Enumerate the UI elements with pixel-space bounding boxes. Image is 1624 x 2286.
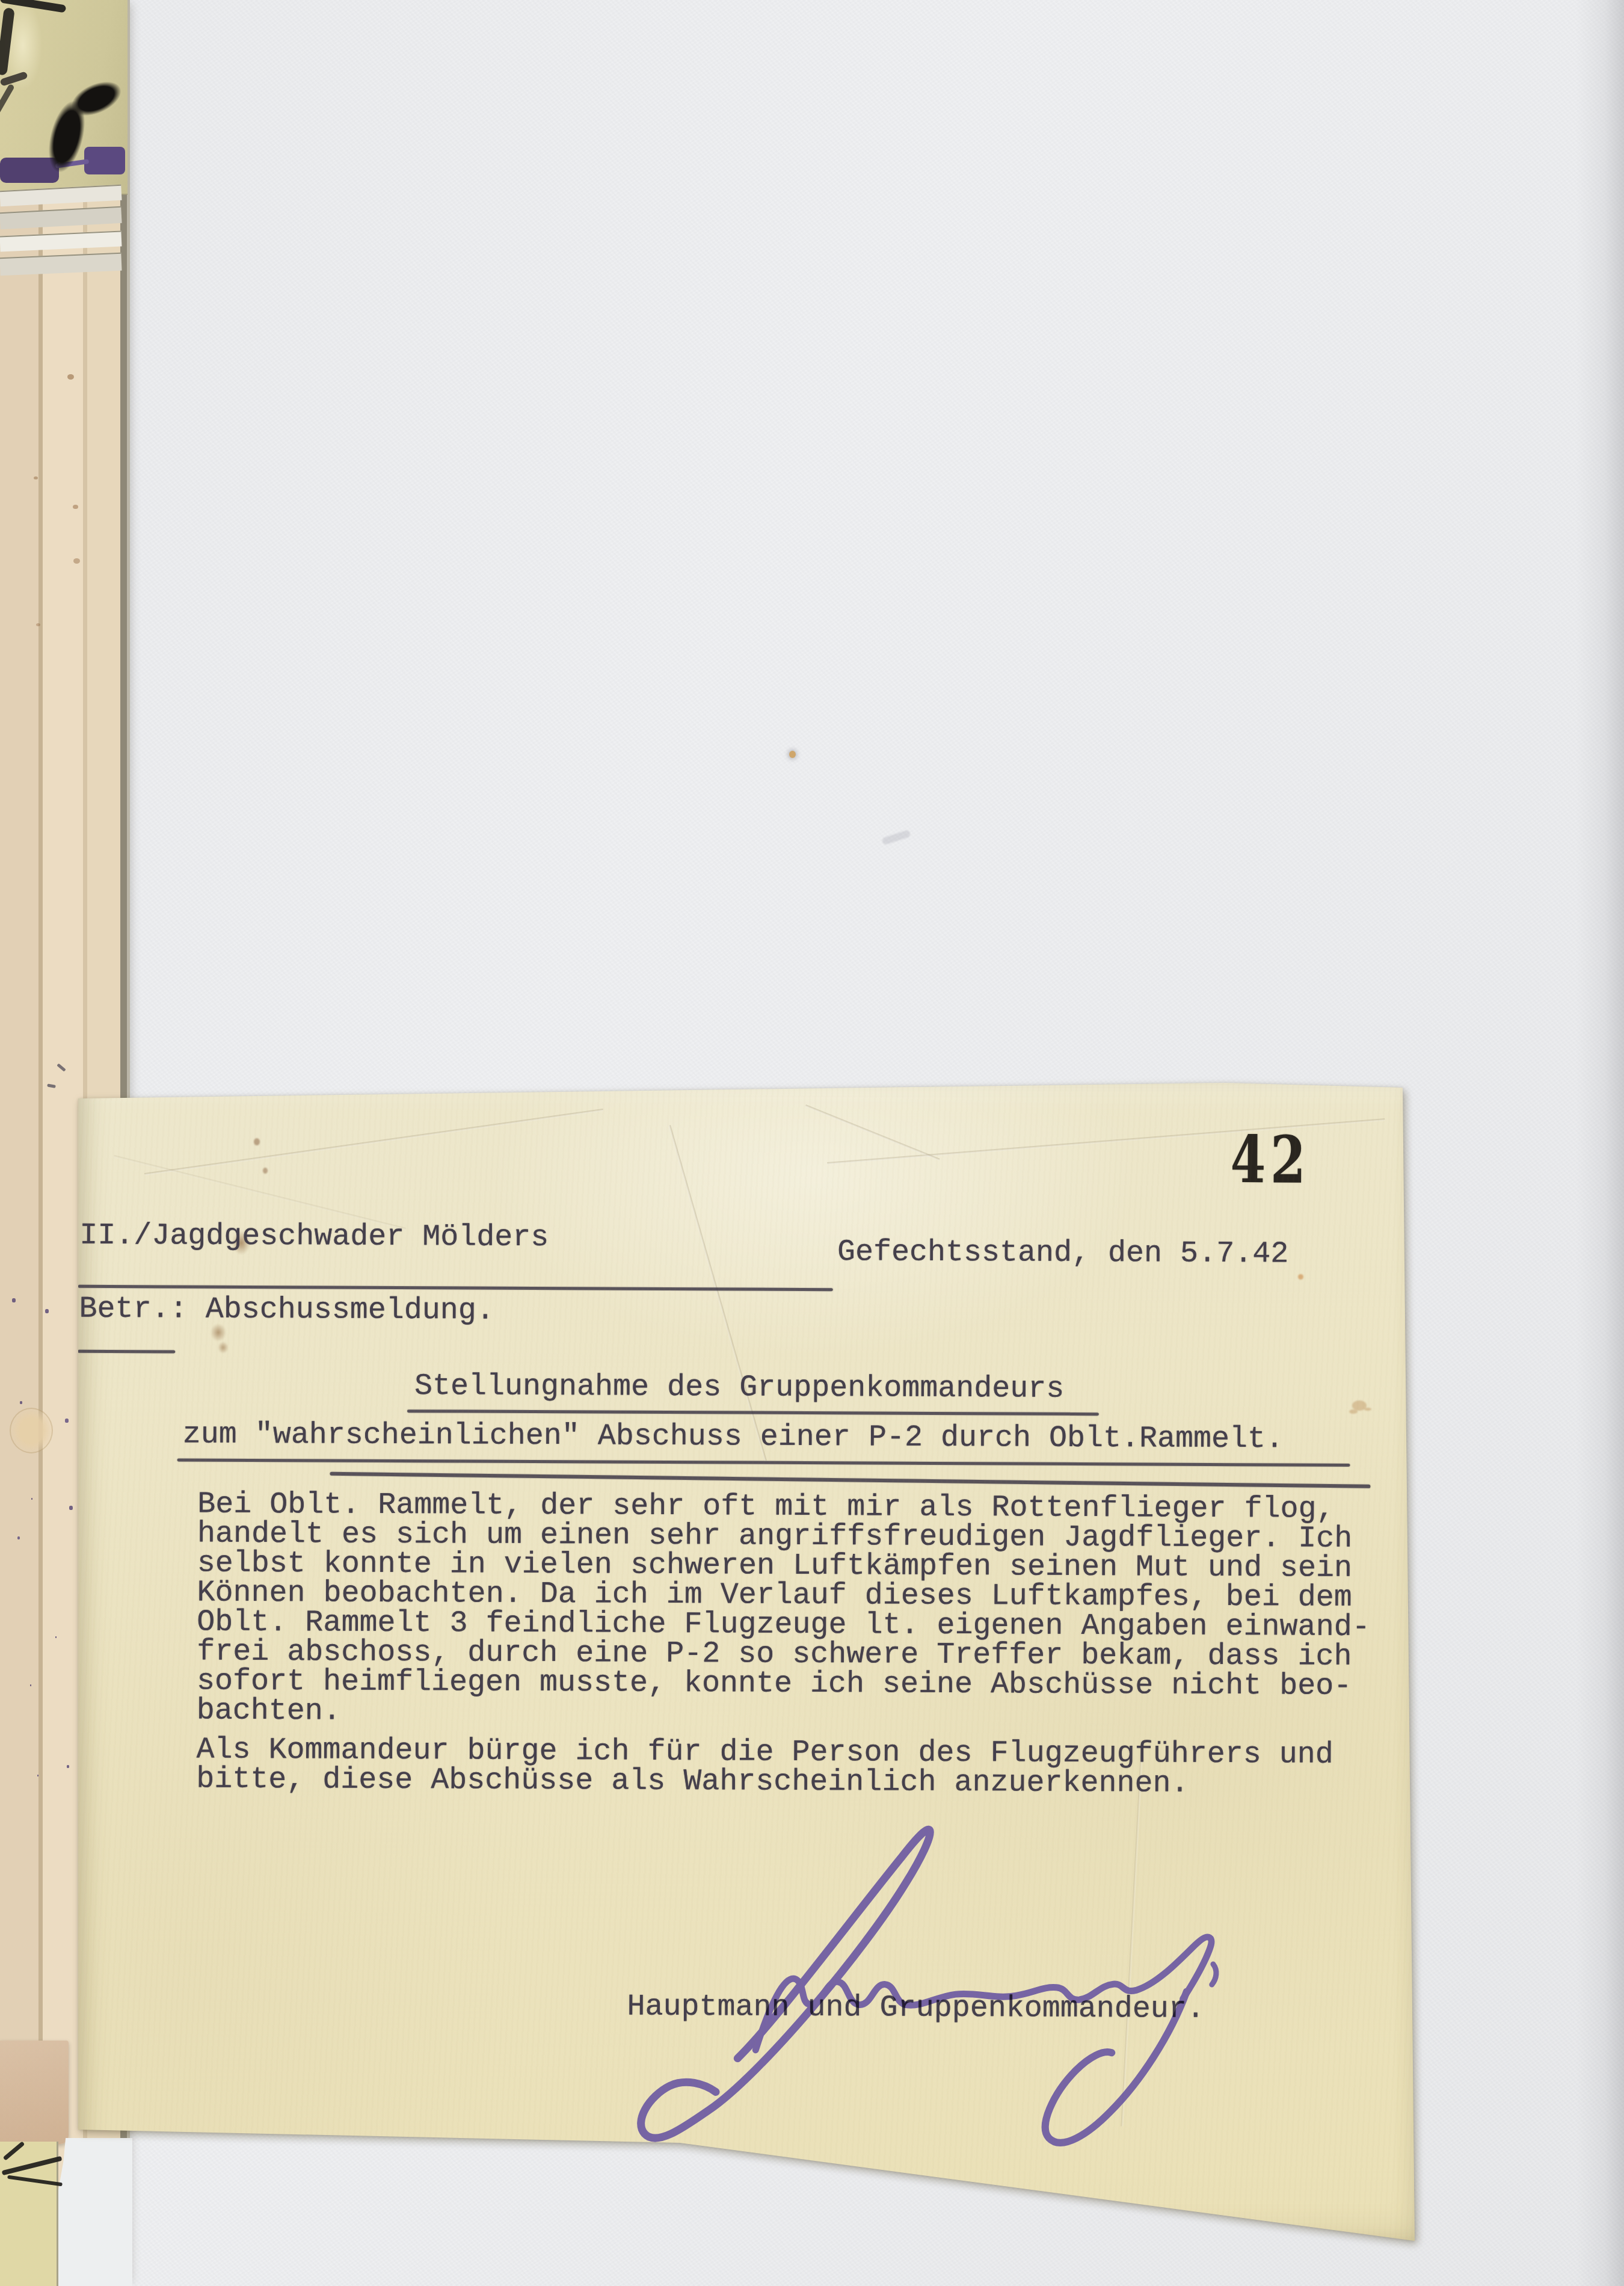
archival-scan: { "stamp": { "page_number": "42" }, "let… — [0, 0, 1624, 2286]
unit-line: II./Jagdgeschwader Mölders — [79, 1221, 549, 1253]
heading-underline-3 — [330, 1472, 1370, 1488]
subject-label: Betr.: — [79, 1292, 188, 1327]
album-page: 42 II./Jagdgeschwader Mölders Gefechtsst… — [0, 0, 1624, 2286]
document-shadow-wrap: 42 II./Jagdgeschwader Mölders Gefechtsst… — [78, 1083, 1415, 2244]
subject-line: Betr.: Abschussmeldung. — [79, 1295, 494, 1326]
purple-thread-right — [84, 147, 125, 174]
paper-stack-edge — [0, 230, 121, 251]
page-number-stamp: 42 — [1231, 1127, 1311, 1193]
foxing-specks — [67, 374, 74, 380]
unit-underline — [78, 1285, 833, 1291]
place-date-line: Gefechtsstand, den 5.7.42 — [837, 1237, 1288, 1269]
purple-ink-specks — [12, 1298, 16, 1302]
signature-stroke — [1045, 1991, 1187, 2143]
paper-stack-edge — [0, 206, 122, 230]
body-line: bitte, diese Abschüsse als Wahrscheinlic… — [196, 1765, 1189, 1799]
document-content: 42 II./Jagdgeschwader Mölders Gefechtsst… — [74, 1083, 1415, 2250]
heading-underline-2 — [177, 1458, 1350, 1467]
glue-circle-mark — [10, 1408, 53, 1453]
body-line: sofort heimfliegen musste, konnte ich se… — [197, 1667, 1352, 1702]
page-edge-shade — [1576, 0, 1624, 2286]
small-ink-marks — [57, 1063, 66, 1071]
body-line: bachten. — [197, 1696, 341, 1727]
subject-label-underline — [78, 1350, 175, 1354]
heading-line-2: zum "wahrscheinlichen" Abschuss einer P-… — [183, 1420, 1284, 1455]
kraft-paper-piece — [0, 2041, 69, 2144]
page-smudge — [881, 830, 911, 845]
paper-stack-edge — [0, 253, 122, 276]
signature-ink — [585, 1822, 1387, 2186]
document-abschussmeldung: 42 II./Jagdgeschwader Mölders Gefechtsst… — [78, 1083, 1415, 2244]
heading-underline-1 — [407, 1409, 1099, 1416]
page-speck-stain — [789, 751, 796, 758]
subject-text: Abschussmeldung. — [188, 1293, 494, 1328]
heading-line-1: Stellungnahme des Gruppenkommandeurs — [414, 1372, 1064, 1405]
signature-stroke — [1212, 1964, 1216, 1985]
